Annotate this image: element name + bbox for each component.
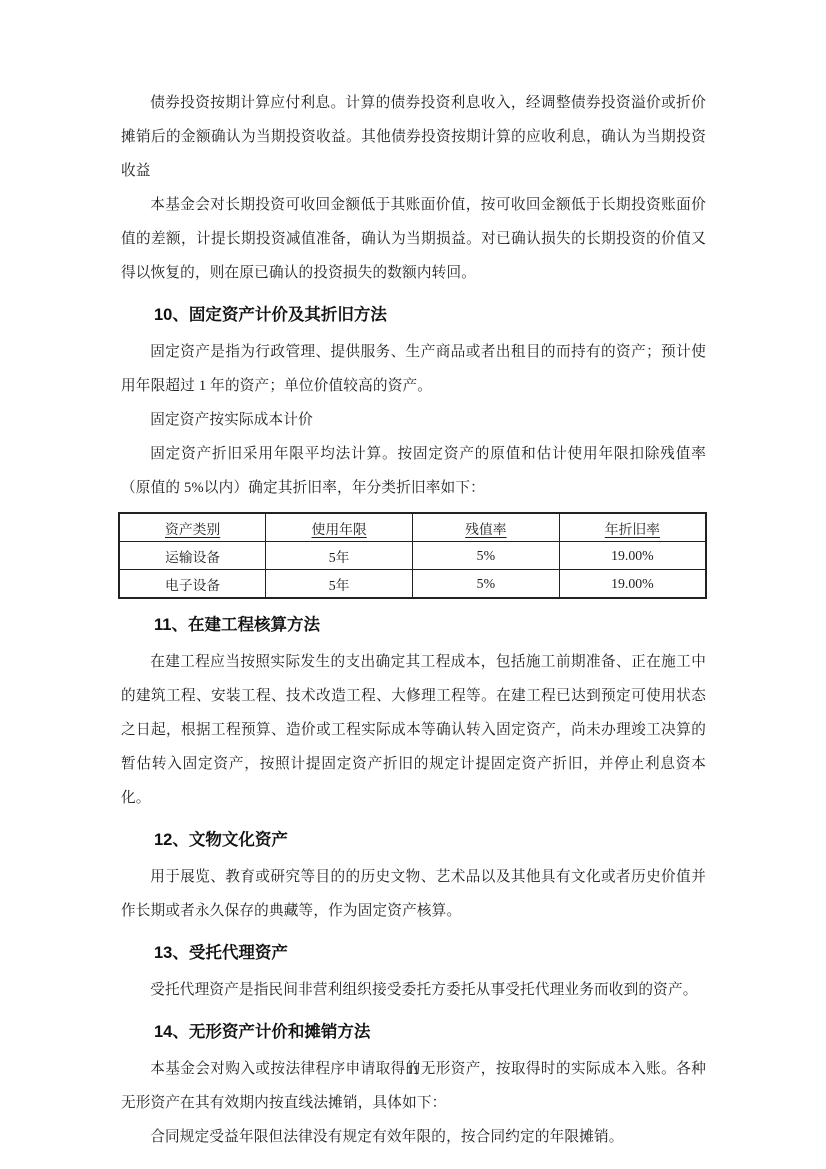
table-cell: 5年 xyxy=(266,570,413,599)
section-10-paragraph-1: 固定资产是指为行政管理、提供服务、生产商品或者出租目的而持有的资产；预计使用年限… xyxy=(121,335,706,403)
section-10-paragraph-2: 固定资产按实际成本计价 xyxy=(121,403,706,437)
section-11-heading: 11、在建工程核算方法 xyxy=(121,605,706,645)
section-10-paragraph-3: 固定资产折旧采用年限平均法计算。按固定资产的原值和估计使用年限扣除残值率（原值的… xyxy=(121,437,706,505)
section-12-heading: 12、文物文化资产 xyxy=(121,820,706,860)
table-cell: 5年 xyxy=(266,542,413,570)
table-cell: 电子设备 xyxy=(119,570,266,599)
section-13-heading: 13、受托代理资产 xyxy=(121,933,706,973)
table-header-useful-life: 使用年限 xyxy=(266,513,413,542)
table-row-transport-equipment: 运输设备 5年 5% 19.00% xyxy=(119,542,706,570)
table-row-electronic-equipment: 电子设备 5年 5% 19.00% xyxy=(119,570,706,599)
table-cell: 19.00% xyxy=(559,570,706,599)
depreciation-table: 资产类别 使用年限 残值率 年折旧率 运输设备 5年 5% 19.00% 电子设… xyxy=(118,512,707,599)
table-cell: 5% xyxy=(413,542,560,570)
section-10-heading: 10、固定资产计价及其折旧方法 xyxy=(121,295,706,335)
section-14-heading: 14、无形资产计价和摊销方法 xyxy=(121,1012,706,1052)
table-header-annual-depreciation-rate: 年折旧率 xyxy=(559,513,706,542)
table-cell: 19.00% xyxy=(559,542,706,570)
document-page: 债券投资按期计算应付利息。计算的债券投资利息收入，经调整债券投资溢价或折价摊销后… xyxy=(0,0,826,1169)
intro-paragraph-2: 本基金会对长期投资可收回金额低于其账面价值，按可收回金额低于长期投资账面价值的差… xyxy=(121,188,706,290)
section-11-paragraph-1: 在建工程应当按照实际发生的支出确定其工程成本，包括施工前期准备、正在施工中的建筑… xyxy=(121,645,706,815)
section-13-paragraph-1: 受托代理资产是指民间非营利组织接受委托方委托从事受托代理业务而收到的资产。 xyxy=(121,973,706,1007)
intro-paragraph-1: 债券投资按期计算应付利息。计算的债券投资利息收入，经调整债券投资溢价或折价摊销后… xyxy=(121,86,706,188)
page-number: 11 xyxy=(0,1062,826,1078)
table-cell: 运输设备 xyxy=(119,542,266,570)
section-14-paragraph-2: 合同规定受益年限但法律没有规定有效年限的，按合同约定的年限摊销。 xyxy=(121,1120,706,1154)
table-cell: 5% xyxy=(413,570,560,599)
section-12-paragraph-1: 用于展览、教育或研究等目的的历史文物、艺术品以及其他具有文化或者历史价值并作长期… xyxy=(121,860,706,928)
table-header-residual-rate: 残值率 xyxy=(413,513,560,542)
depreciation-table-header-row: 资产类别 使用年限 残值率 年折旧率 xyxy=(119,513,706,542)
table-header-asset-category: 资产类别 xyxy=(119,513,266,542)
